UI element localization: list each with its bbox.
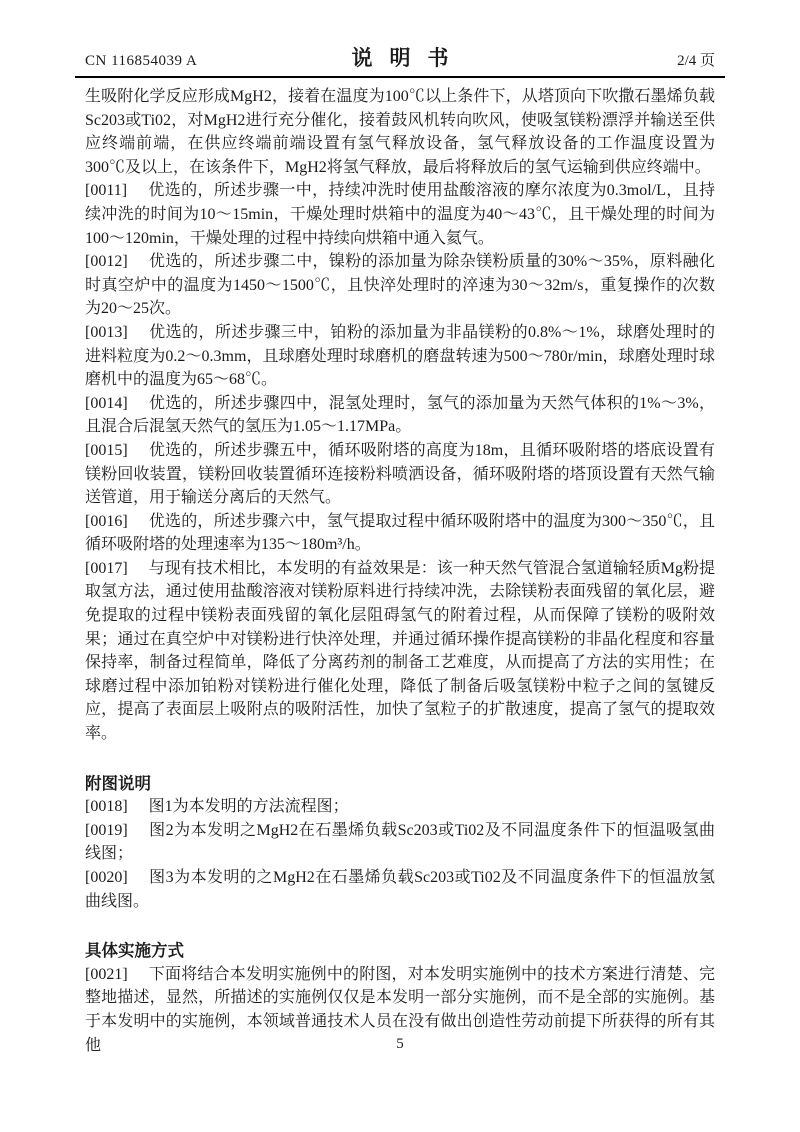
paragraph-number: [0014] [85, 395, 149, 412]
paragraph-number: [0021] [85, 966, 149, 983]
header-divider [75, 76, 725, 78]
paragraph-0014: [0014]优选的，所述步骤四中，混氢处理时，氢气的添加量为天然气体积的1%～3… [85, 392, 715, 439]
section-heading-figures: 附图说明 [85, 772, 715, 796]
paragraph-0015: [0015]优选的，所述步骤五中，循环吸附塔的高度为18m，且循环吸附塔的塔底设… [85, 439, 715, 510]
paragraph-text: 与现有技术相比，本发明的有益效果是：该一种天然气管混合氢道输轻质Mg粉提取氢方法… [85, 560, 715, 742]
paragraph-number: [0011] [85, 182, 148, 199]
paragraph-text: 图1为本发明的方法流程图； [149, 798, 349, 815]
document-body: 生吸附化学反应形成MgH2，接着在温度为100℃以上条件下，从塔顶向下吹撒石墨烯… [85, 85, 715, 1057]
paragraph-number: [0016] [85, 513, 149, 530]
paragraph-0018: [0018]图1为本发明的方法流程图； [85, 795, 715, 819]
page-header: CN 116854039 A 说明书 2/4 页 [85, 42, 715, 72]
paragraph-text: 优选的，所述步骤一中，持续冲洗时使用盐酸溶液的摩尔浓度为0.3mol/L，且持续… [85, 182, 715, 246]
paragraph-text: 优选的，所述步骤三中，铂粉的添加量为非晶镁粉的0.8%～1%，球磨处理时的进料粒… [85, 324, 715, 388]
paragraph-continuation: 生吸附化学反应形成MgH2，接着在温度为100℃以上条件下，从塔顶向下吹撒石墨烯… [85, 85, 715, 179]
paragraph-text: 优选的，所述步骤二中，镍粉的添加量为除杂镁粉质量的30%～35%，原料融化时真空… [85, 253, 715, 317]
paragraph-text: 图3为本发明的之MgH2在石墨烯负载Sc203或Ti02及不同温度条件下的恒温放… [85, 869, 715, 910]
page-indicator: 2/4 页 [511, 49, 715, 70]
section-heading-embodiments: 具体实施方式 [85, 939, 715, 963]
paragraph-number: [0013] [85, 324, 149, 341]
paragraph-0017: [0017]与现有技术相比，本发明的有益效果是：该一种天然气管混合氢道输轻质Mg… [85, 557, 715, 746]
paragraph-number: [0017] [85, 560, 149, 577]
paragraph-text: 优选的，所述步骤四中，混氢处理时，氢气的添加量为天然气体积的1%～3%，且混合后… [85, 395, 715, 436]
paragraph-text: 优选的，所述步骤五中，循环吸附塔的高度为18m，且循环吸附塔的塔底设置有镁粉回收… [85, 442, 715, 506]
doc-title: 说明书 [289, 42, 510, 72]
paragraph-0011: [0011]优选的，所述步骤一中，持续冲洗时使用盐酸溶液的摩尔浓度为0.3mol… [85, 179, 715, 250]
paragraph-number: [0019] [85, 822, 149, 839]
paragraph-0013: [0013]优选的，所述步骤三中，铂粉的添加量为非晶镁粉的0.8%～1%，球磨处… [85, 321, 715, 392]
doc-number: CN 116854039 A [85, 53, 289, 70]
paragraph-0012: [0012]优选的，所述步骤二中，镍粉的添加量为除杂镁粉质量的30%～35%，原… [85, 250, 715, 321]
paragraph-number: [0015] [85, 442, 149, 459]
paragraph-number: [0020] [85, 869, 149, 886]
paragraph-number: [0018] [85, 798, 149, 815]
paragraph-text: 优选的，所述步骤六中，氢气提取过程中循环吸附塔中的温度为300～350℃，且循环… [85, 513, 715, 554]
paragraph-0016: [0016]优选的，所述步骤六中，氢气提取过程中循环吸附塔中的温度为300～35… [85, 510, 715, 557]
paragraph-0020: [0020]图3为本发明的之MgH2在石墨烯负载Sc203或Ti02及不同温度条… [85, 866, 715, 913]
paragraph-0019: [0019]图2为本发明之MgH2在石墨烯负载Sc203或Ti02及不同温度条件… [85, 819, 715, 866]
page-number: 5 [0, 1036, 800, 1053]
paragraph-text: 图2为本发明之MgH2在石墨烯负载Sc203或Ti02及不同温度条件下的恒温吸氢… [85, 822, 715, 863]
paragraph-text: 生吸附化学反应形成MgH2，接着在温度为100℃以上条件下，从塔顶向下吹撒石墨烯… [85, 88, 715, 176]
paragraph-number: [0012] [85, 253, 149, 270]
